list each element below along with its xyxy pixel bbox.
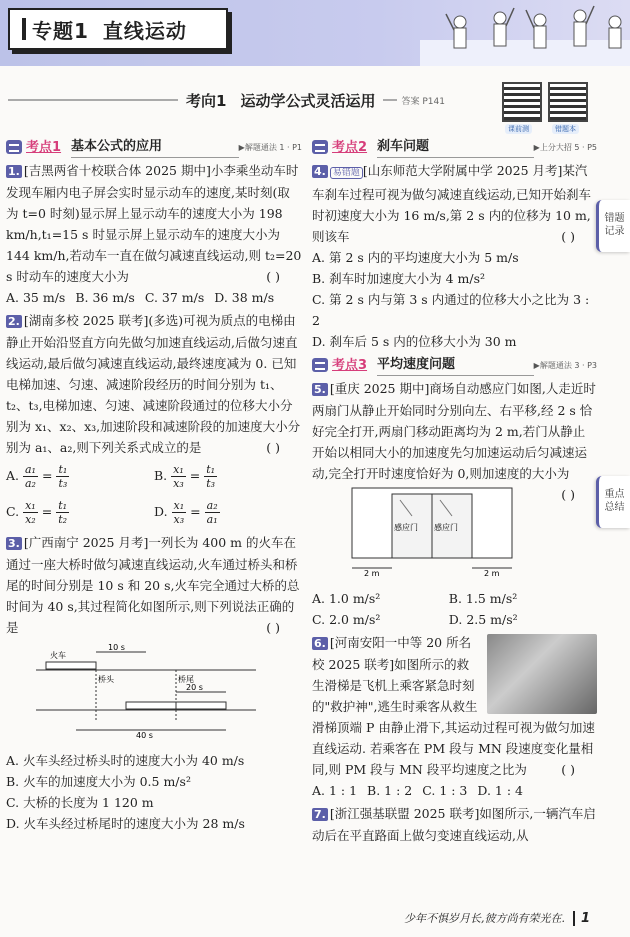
answer-blank[interactable]: ( ) bbox=[561, 759, 575, 780]
options: A. 1.0 m/s² B. 1.5 m/s² C. 2.0 m/s² D. 2… bbox=[312, 588, 597, 630]
options: A. 35 m/s B. 36 m/s C. 37 m/s D. 38 m/s bbox=[6, 287, 302, 308]
svg-text:10 s: 10 s bbox=[108, 643, 125, 652]
kaodian-icon bbox=[312, 140, 328, 154]
option-d[interactable]: D. 刹车后 5 s 内的位移大小为 30 m bbox=[312, 331, 597, 352]
section-heading: 考向1运动学公式灵活运用 答案 P141 bbox=[8, 84, 498, 116]
question-source: [浙江强基联盟 2025 联考] bbox=[330, 806, 480, 821]
question-7: 7.[浙江强基联盟 2025 联考]如图所示,一辆汽车启动后在平直路面上做匀变速… bbox=[312, 803, 597, 846]
question-3: 3.[广西南宁 2025 月考]一列长为 400 m 的火车在通过一座大桥时做匀… bbox=[6, 532, 302, 834]
question-number: 7. bbox=[312, 808, 328, 821]
option-b[interactable]: B. 刹车时加速度大小为 4 m/s² bbox=[312, 268, 597, 289]
kaodian-heading: 考点1 基本公式的应用 ▶解题通法 1 · P1 bbox=[6, 136, 302, 158]
question-text: 小李乘坐动车时发现车厢内电子屏会实时显示动车的速度,某时刻(取为 t=0 时刻)… bbox=[6, 163, 301, 284]
option-b[interactable]: B. 1.5 m/s² bbox=[449, 588, 586, 609]
kaodian-tag: 考点3 bbox=[332, 355, 367, 376]
svg-text:20 s: 20 s bbox=[186, 683, 203, 692]
options-row: C. x₁x₂=t₁t₂ D. x₁x₃=a₂a₁ bbox=[6, 494, 302, 530]
chapter-title-box: 专题1 直线运动 bbox=[8, 8, 228, 50]
svg-text:2 m: 2 m bbox=[364, 569, 380, 578]
qr-code-icon[interactable] bbox=[548, 82, 588, 122]
option-a[interactable]: A. 35 m/s bbox=[6, 287, 65, 308]
option-c[interactable]: C. x₁x₂=t₁t₂ bbox=[6, 499, 154, 526]
kaodian-name: 基本公式的应用 bbox=[71, 136, 239, 158]
svg-text:2 m: 2 m bbox=[484, 569, 500, 578]
option-a[interactable]: A. a₁a₂=t₁t₃ bbox=[6, 463, 154, 490]
kaodian-icon bbox=[6, 140, 22, 154]
kaodian-name: 刹车问题 bbox=[377, 136, 534, 158]
question-4: 4.易错题[山东师范大学附属中学 2025 月考]某汽车刹车过程可视为做匀减速直… bbox=[312, 160, 597, 352]
option-d[interactable]: D. 2.5 m/s² bbox=[449, 609, 586, 630]
chapter-header: 专题1 直线运动 bbox=[0, 0, 630, 66]
footer-motto: 少年不惧岁月长,彼方尚有荣光在. bbox=[404, 910, 565, 926]
answer-blank[interactable]: ( ) bbox=[561, 226, 575, 247]
option-b[interactable]: B. 1 : 2 bbox=[367, 780, 412, 801]
escape-slide-photo bbox=[487, 634, 597, 714]
kaodian-name: 平均速度问题 bbox=[377, 354, 534, 376]
error-prone-badge: 易错题 bbox=[330, 167, 363, 179]
kaodian-heading: 考点2 刹车问题 ▶上分大招 5 · P5 bbox=[312, 136, 597, 158]
chapter-number: 专题1 bbox=[32, 15, 89, 44]
question-number: 4. bbox=[312, 165, 328, 178]
divider bbox=[383, 99, 397, 101]
side-tab-key-summary[interactable]: 重点 总结 bbox=[596, 476, 630, 528]
answer-blank[interactable]: ( ) bbox=[561, 484, 575, 505]
options: A. 火车头经过桥头时的速度大小为 40 m/s B. 火车的加速度大小为 0.… bbox=[6, 750, 302, 834]
question-number: 2. bbox=[6, 315, 22, 328]
option-c[interactable]: C. 1 : 3 bbox=[422, 780, 467, 801]
question-source: [重庆 2025 期中] bbox=[330, 381, 430, 396]
option-a[interactable]: A. 火车头经过桥头时的速度大小为 40 m/s bbox=[6, 750, 302, 771]
option-a[interactable]: A. 1 : 1 bbox=[312, 780, 357, 801]
students-illustration-icon bbox=[420, 0, 630, 66]
divider bbox=[8, 99, 178, 101]
question-text: 商场自动感应门如图,人走近时两扇门从静止开始同时分别向左、右平移,经 2 s 恰… bbox=[312, 381, 596, 481]
option-c[interactable]: C. 第 2 s 内与第 3 s 内通过的位移大小之比为 3 : 2 bbox=[312, 289, 597, 331]
option-c[interactable]: C. 37 m/s bbox=[145, 287, 204, 308]
option-c[interactable]: C. 2.0 m/s² bbox=[312, 609, 449, 630]
option-a[interactable]: A. 第 2 s 内的平均速度大小为 5 m/s bbox=[312, 247, 597, 268]
option-d[interactable]: D. 38 m/s bbox=[214, 287, 274, 308]
kaodian-icon bbox=[312, 358, 328, 372]
method-reference[interactable]: ▶解题通法 3 · P3 bbox=[534, 355, 597, 376]
question-source: [山东师范大学附属中学 2025 月考] bbox=[363, 163, 563, 178]
bracket-mark bbox=[22, 18, 26, 40]
option-d[interactable]: D. 1 : 4 bbox=[477, 780, 523, 801]
option-b[interactable]: B. x₁x₃=t₁t₃ bbox=[154, 463, 302, 490]
qr-label: 课前测 bbox=[505, 124, 532, 134]
option-d[interactable]: D. x₁x₃=a₂a₁ bbox=[154, 499, 302, 526]
option-c[interactable]: C. 大桥的长度为 1 120 m bbox=[6, 792, 302, 813]
question-number: 6. bbox=[312, 637, 328, 650]
option-d[interactable]: D. 火车头经过桥尾时的速度大小为 28 m/s bbox=[6, 813, 302, 834]
question-source: [湖南多校 2025 联考] bbox=[24, 313, 149, 328]
answer-blank[interactable]: ( ) bbox=[266, 437, 280, 458]
method-reference[interactable]: ▶解题通法 1 · P1 bbox=[239, 137, 302, 158]
kaodian-tag: 考点2 bbox=[332, 137, 367, 158]
train-bridge-diagram: 火车 桥头 桥尾 10 s 20 s 40 s bbox=[36, 640, 256, 740]
question-5: 5.[重庆 2025 期中]商场自动感应门如图,人走近时两扇门从静止开始同时分别… bbox=[312, 378, 597, 630]
method-reference[interactable]: ▶上分大招 5 · P5 bbox=[534, 137, 597, 158]
answer-reference: 答案 P141 bbox=[401, 94, 444, 107]
side-tab-error-record[interactable]: 错题 记录 bbox=[596, 200, 630, 252]
option-b[interactable]: B. 36 m/s bbox=[75, 287, 135, 308]
sliding-door-diagram: 感应门 感应门 2 m 2 m bbox=[342, 486, 522, 578]
svg-text:感应门: 感应门 bbox=[394, 522, 418, 532]
svg-text:火车: 火车 bbox=[50, 650, 66, 660]
qr-code-icon[interactable] bbox=[502, 82, 542, 122]
question-1: 1.[吉黑两省十校联合体 2025 期中]小李乘坐动车时发现车厢内电子屏会实时显… bbox=[6, 160, 302, 308]
right-column: 考点2 刹车问题 ▶上分大招 5 · P5 4.易错题[山东师范大学附属中学 2… bbox=[312, 136, 597, 848]
options: A. 1 : 1 B. 1 : 2 C. 1 : 3 D. 1 : 4 bbox=[312, 780, 597, 801]
answer-blank[interactable]: ( ) bbox=[266, 266, 280, 287]
options-row: A. a₁a₂=t₁t₃ B. x₁x₃=t₁t₃ bbox=[6, 458, 302, 494]
svg-text:桥头: 桥头 bbox=[98, 674, 115, 684]
question-6: 6.[河南安阳一中等 20 所名校 2025 联考]如图所示的救生滑梯是飞机上乘… bbox=[312, 632, 597, 801]
question-source: [广西南宁 2025 月考] bbox=[24, 535, 149, 550]
page-footer: 少年不惧岁月长,彼方尚有荣光在. 1 bbox=[340, 906, 590, 930]
question-source: [吉黑两省十校联合体 2025 期中] bbox=[24, 163, 211, 178]
question-number: 1. bbox=[6, 165, 22, 178]
svg-text:感应门: 感应门 bbox=[434, 522, 458, 532]
question-text: (多选)可视为质点的电梯由静止开始沿竖直方向先做匀加速直线运动,后做匀速直线运动… bbox=[6, 313, 300, 455]
question-2: 2.[湖南多校 2025 联考](多选)可视为质点的电梯由静止开始沿竖直方向先做… bbox=[6, 310, 302, 530]
section-title: 考向1运动学公式灵活运用 bbox=[186, 90, 375, 111]
kaodian-heading: 考点3 平均速度问题 ▶解题通法 3 · P3 bbox=[312, 354, 597, 376]
question-text: 一列长为 400 m 的火车在通过一座大桥时做匀减速直线运动,火车通过桥头和桥尾… bbox=[6, 535, 299, 635]
question-number: 3. bbox=[6, 537, 22, 550]
svg-text:40 s: 40 s bbox=[136, 731, 153, 740]
chapter-title: 直线运动 bbox=[103, 15, 187, 44]
qr-label: 错题本 bbox=[552, 124, 579, 134]
question-number: 5. bbox=[312, 383, 328, 396]
kaodian-tag: 考点1 bbox=[26, 137, 61, 158]
page-number: 1 bbox=[573, 911, 590, 926]
option-b[interactable]: B. 火车的加速度大小为 0.5 m/s² bbox=[6, 771, 302, 792]
option-a[interactable]: A. 1.0 m/s² bbox=[312, 588, 449, 609]
left-column: 考点1 基本公式的应用 ▶解题通法 1 · P1 1.[吉黑两省十校联合体 20… bbox=[6, 136, 302, 836]
answer-blank[interactable]: ( ) bbox=[266, 617, 280, 638]
